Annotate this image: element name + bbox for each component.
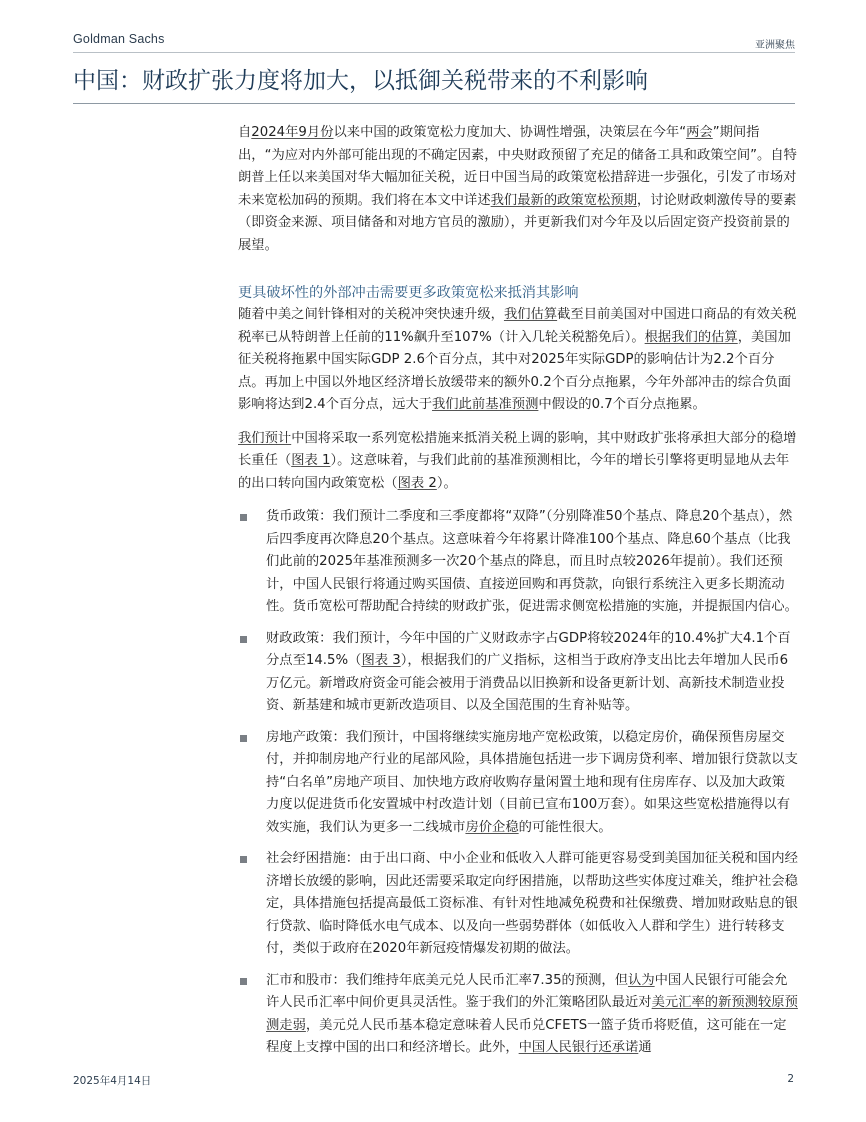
section-subheading: 更具破坏性的外部冲击需要更多政策宽松来抵消其影响 — [238, 282, 798, 304]
link-home-price-stabilize[interactable]: 房价企稳 — [465, 820, 518, 835]
bullet-fiscal-policy: 财政政策：我们预计，今年中国的广义财政赤字占GDP将较2024年的10.4%扩大… — [238, 628, 798, 718]
page-number: 2 — [787, 1073, 794, 1085]
section-label: 亚洲聚焦 — [755, 36, 795, 51]
link-our-estimate[interactable]: 我们估算 — [504, 307, 557, 322]
brand-logo-text: Goldman Sachs — [73, 32, 165, 46]
bullet-monetary-policy: 货币政策：我们预计二季度和三季度都将“双降”（分别降准50个基点、降息20个基点… — [238, 506, 798, 619]
text: 货币政策：我们预计二季度和三季度都将“双降”（分别降准50个基点、降息20个基点… — [266, 509, 798, 614]
link-latest-easing-expectations[interactable]: 我们最新的政策宽松预期 — [491, 193, 637, 208]
link-we-expect[interactable]: 我们预计 — [238, 431, 291, 446]
square-bullet-icon — [240, 514, 247, 521]
link-previous-baseline[interactable]: 我们此前基准预测 — [432, 397, 538, 412]
text: 随着中美之间针锋相对的关税冲突快速升级， — [238, 307, 504, 322]
text: 的可能性很大。 — [519, 820, 612, 835]
bullet-property-policy: 房地产政策：我们预计，中国将继续实施房地产宽松政策，以稳定房价，确保预售房屋交付… — [238, 727, 798, 840]
link-exhibit-2[interactable]: 图表 2 — [398, 476, 437, 491]
page-header: Goldman Sachs 亚洲聚焦 — [73, 30, 795, 53]
text: 社会纾困措施：由于出口商、中小企业和低收入人群可能更容易受到美国加征关税和国内经… — [266, 851, 798, 956]
link-according-to-estimate[interactable]: 根据我们的估算 — [645, 330, 738, 345]
square-bullet-icon — [240, 978, 247, 985]
intro-paragraph: 自2024年9月份以来中国的政策宽松力度加大、协调性增强，决策层在今年“两会”期… — [238, 122, 798, 257]
tariff-paragraph: 随着中美之间针锋相对的关税冲突快速升级，我们估算截至目前美国对中国进口商品的有效… — [238, 304, 798, 417]
square-bullet-icon — [240, 636, 247, 643]
link-sept-2024[interactable]: 2024年9月份 — [251, 125, 333, 140]
text: 以来中国的政策宽松力度加大、协调性增强，决策层在今年“ — [334, 125, 687, 140]
link-exhibit-3[interactable]: 图表 3 — [361, 653, 400, 668]
policy-bullet-list: 货币政策：我们预计二季度和三季度都将“双降”（分别降准50个基点、降息20个基点… — [238, 506, 798, 1060]
link-two-sessions[interactable]: 两会 — [686, 125, 713, 140]
bullet-social-relief: 社会纾困措施：由于出口商、中小企业和低收入人群可能更容易受到美国加征关税和国内经… — [238, 848, 798, 961]
text: 自 — [238, 125, 251, 140]
text: 通 — [638, 1040, 651, 1055]
bullet-fx-equity: 汇市和股市：我们维持年底美元兑人民币汇率7.35的预测，但认为中国人民银行可能会… — [238, 970, 798, 1060]
page-title: 中国：财政扩张力度将加大，以抵御关税带来的不利影响 — [73, 66, 795, 104]
link-exhibit-1[interactable]: 图表 1 — [291, 453, 330, 468]
link-believe[interactable]: 认为 — [628, 973, 655, 988]
link-pboc-pledge[interactable]: 中国人民银行还承诺 — [519, 1040, 639, 1055]
text: ）。 — [437, 476, 457, 491]
square-bullet-icon — [240, 856, 247, 863]
square-bullet-icon — [240, 735, 247, 742]
article-body: 自2024年9月份以来中国的政策宽松力度加大、协调性增强，决策层在今年“两会”期… — [238, 122, 798, 1069]
easing-paragraph: 我们预计中国将采取一系列宽松措施来抵消关税上调的影响，其中财政扩张将承担大部分的… — [238, 428, 798, 496]
footer-date: 2025年4月14日 — [73, 1073, 151, 1088]
text: 汇市和股市：我们维持年底美元兑人民币汇率7.35的预测，但 — [266, 973, 628, 988]
text: 中假设的0.7个百分点拖累。 — [538, 397, 705, 412]
